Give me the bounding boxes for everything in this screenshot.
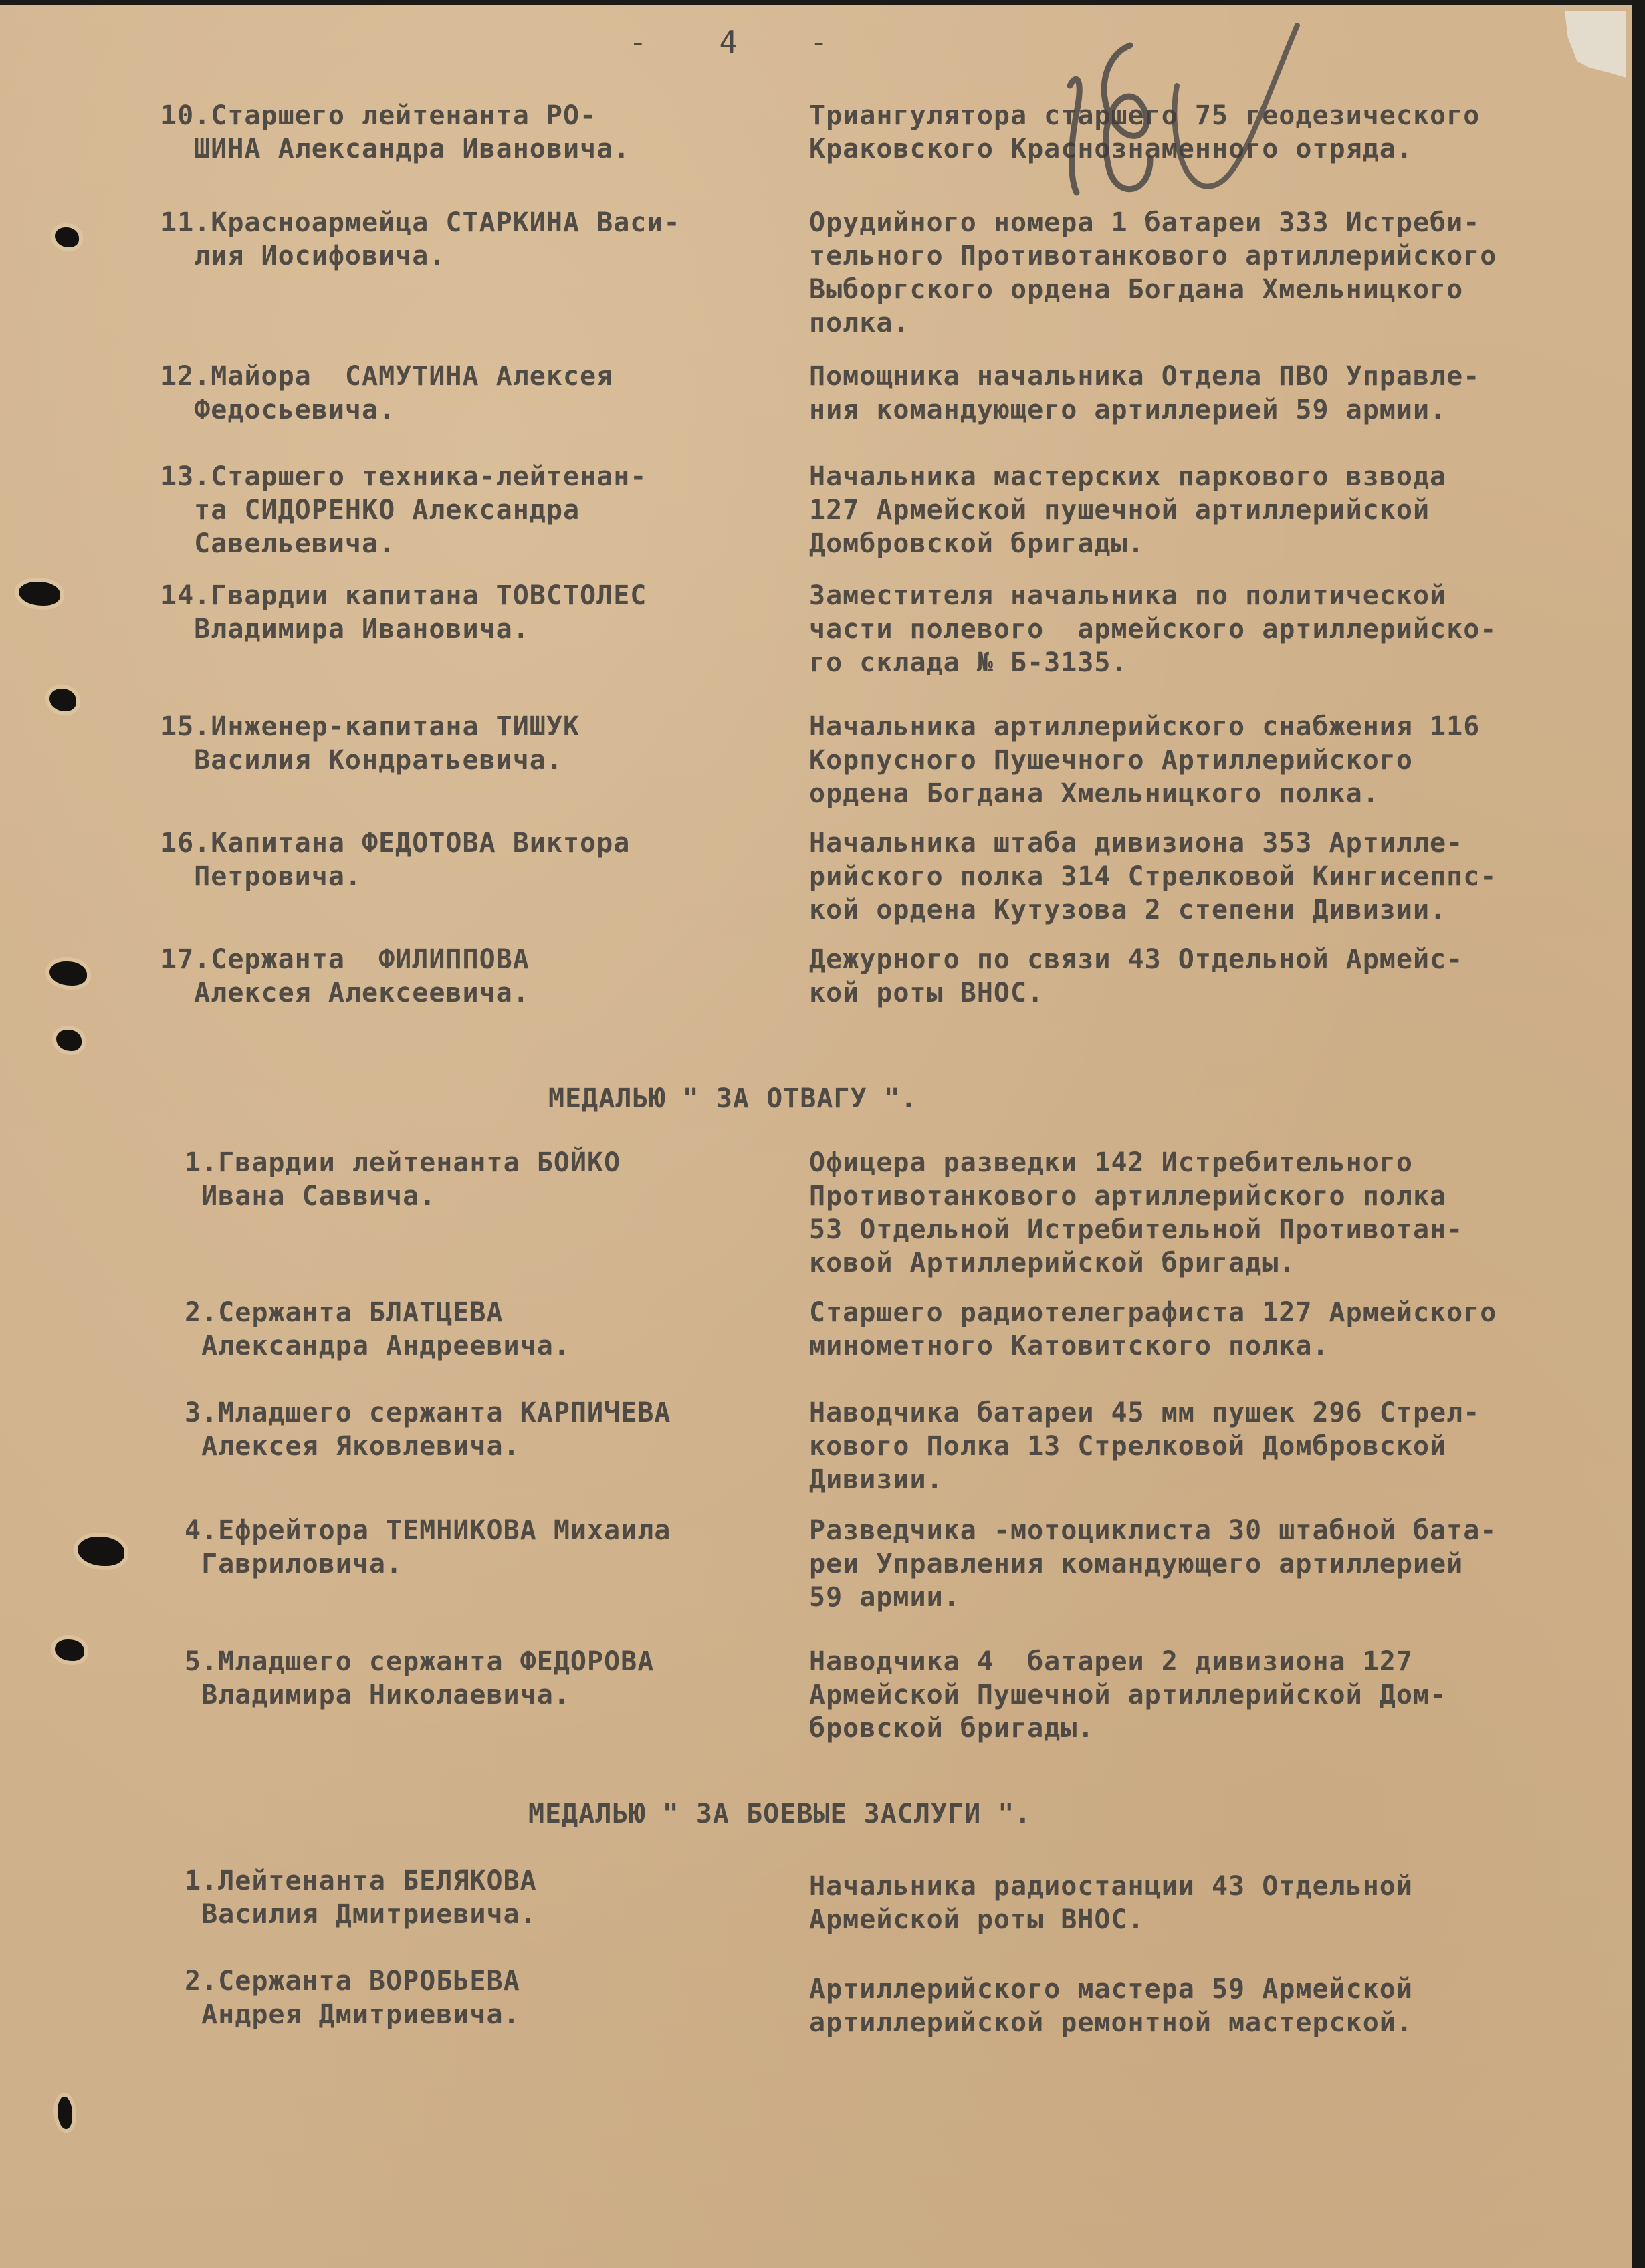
award-entry-position-14: Заместителя начальника по политической ч… bbox=[809, 579, 1632, 679]
bravery-entry-position-3: Наводчика батареи 45 мм пушек 296 Стрел-… bbox=[809, 1396, 1632, 1496]
bravery-entry-position-4: Разведчика -мотоциклиста 30 штабной бата… bbox=[809, 1514, 1632, 1614]
award-entry-position-16: Начальника штаба дивизиона 353 Артилле- … bbox=[809, 826, 1632, 927]
bravery-entry-position-2: Старшего радиотелеграфиста 127 Армейског… bbox=[809, 1296, 1632, 1363]
merit-entry-position-1: Начальника радиостанции 43 Отдельной Арм… bbox=[809, 1869, 1632, 1936]
award-entry-position-12: Помощника начальника Отдела ПВО Управле-… bbox=[809, 360, 1632, 427]
scan-border bbox=[1632, 0, 1645, 2268]
punch-hole bbox=[55, 1639, 84, 1661]
torn-corner bbox=[1565, 11, 1626, 78]
award-entry-position-11: Орудийного номера 1 батареи 333 Истреби-… bbox=[809, 206, 1632, 340]
punch-hole bbox=[55, 227, 79, 247]
merit-entry-position-2: Артиллерийского мастера 59 Армейской арт… bbox=[809, 1972, 1632, 2039]
award-entry-position-10: Триангулятора старшего 75 геодезического… bbox=[809, 99, 1632, 166]
punch-hole bbox=[49, 961, 87, 986]
punch-hole bbox=[58, 2097, 72, 2129]
award-entry-position-13: Начальника мастерских паркового взвода 1… bbox=[809, 460, 1632, 560]
punch-hole bbox=[49, 689, 76, 711]
section-heading-combat-merit-medal: МЕДАЛЬЮ " ЗА БОЕВЫЕ ЗАСЛУГИ ". bbox=[528, 1797, 1031, 1831]
award-entry-position-17: Дежурного по связи 43 Отдельной Армейс- … bbox=[809, 943, 1632, 1010]
award-entry-name-16: 16.Капитана ФЕДОТОВА Виктора Петровича. bbox=[160, 826, 789, 893]
award-entry-name-12: 12.Майора САМУТИНА Алексея Федосьевича. bbox=[160, 360, 789, 427]
bravery-entry-name-4: 4.Ефрейтора ТЕМНИКОВА Михаила Гаврилович… bbox=[185, 1514, 813, 1581]
page-number: - 4 - bbox=[629, 24, 855, 60]
bravery-entry-position-5: Наводчика 4 батареи 2 дивизиона 127 Арме… bbox=[809, 1645, 1632, 1745]
bravery-entry-name-3: 3.Младшего сержанта КАРПИЧЕВА Алексея Як… bbox=[185, 1396, 813, 1463]
bravery-entry-name-5: 5.Младшего сержанта ФЕДОРОВА Владимира Н… bbox=[185, 1645, 813, 1712]
award-entry-name-14: 14.Гвардии капитана ТОВСТОЛЕС Владимира … bbox=[160, 579, 789, 646]
punch-hole bbox=[19, 582, 60, 606]
award-entry-name-11: 11.Красноармейца СТАРКИНА Васи- лия Иоси… bbox=[160, 206, 789, 273]
punch-hole bbox=[56, 1030, 82, 1051]
award-entry-name-10: 10.Старшего лейтенанта РО- ШИНА Александ… bbox=[160, 99, 789, 166]
award-entry-name-15: 15.Инженер-капитана ТИШУК Василия Кондра… bbox=[160, 710, 789, 777]
bravery-entry-position-1: Офицера разведки 142 Истребительного Про… bbox=[809, 1146, 1632, 1280]
merit-entry-name-2: 2.Сержанта ВОРОБЬЕВА Андрея Дмитриевича. bbox=[185, 1964, 813, 2031]
award-entry-name-13: 13.Старшего техника-лейтенан- та СИДОРЕН… bbox=[160, 460, 789, 560]
document-page: - 4 - 10.Старшего лейтенанта РО- ШИНА Ал… bbox=[0, 5, 1632, 2268]
section-heading-bravery-medal: МЕДАЛЬЮ " ЗА ОТВАГУ ". bbox=[548, 1082, 917, 1115]
punch-hole bbox=[78, 1537, 124, 1566]
bravery-entry-name-2: 2.Сержанта БЛАТЦЕВА Александра Андреевич… bbox=[185, 1296, 813, 1363]
award-entry-position-15: Начальника артиллерийского снабжения 116… bbox=[809, 710, 1632, 810]
bravery-entry-name-1: 1.Гвардии лейтенанта БОЙКО Ивана Саввича… bbox=[185, 1146, 813, 1213]
merit-entry-name-1: 1.Лейтенанта БЕЛЯКОВА Василия Дмитриевич… bbox=[185, 1864, 813, 1931]
award-entry-name-17: 17.Сержанта ФИЛИППОВА Алексея Алексеевич… bbox=[160, 943, 789, 1010]
